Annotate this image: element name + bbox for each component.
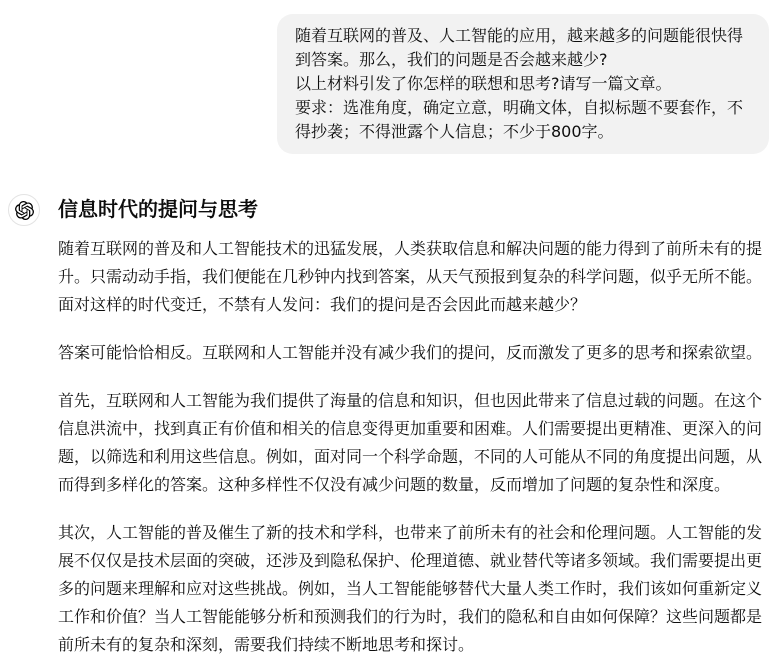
- assistant-message-row: 信息时代的提问与思考 随着互联网的普及和人工智能技术的迅猛发展，人类获取信息和解…: [0, 154, 774, 659]
- assistant-avatar: [8, 194, 40, 226]
- openai-logo-icon: [15, 201, 34, 220]
- assistant-message-content: 信息时代的提问与思考 随着互联网的普及和人工智能技术的迅猛发展，人类获取信息和解…: [58, 194, 768, 659]
- chat-conversation: 随着互联网的普及、人工智能的应用，越来越多的问题能很快得到答案。那么，我们的问题…: [0, 0, 774, 670]
- assistant-message-title: 信息时代的提问与思考: [58, 195, 768, 223]
- user-message-row: 随着互联网的普及、人工智能的应用，越来越多的问题能很快得到答案。那么，我们的问题…: [0, 0, 774, 154]
- assistant-paragraph: 随着互联网的普及和人工智能技术的迅猛发展，人类获取信息和解决问题的能力得到了前所…: [58, 235, 768, 319]
- assistant-paragraph: 首先，互联网和人工智能为我们提供了海量的信息和知识，但也因此带来了信息过载的问题…: [58, 387, 768, 499]
- assistant-paragraph: 其次，人工智能的普及催生了新的技术和学科，也带来了前所未有的社会和伦理问题。人工…: [58, 519, 768, 659]
- user-message-bubble: 随着互联网的普及、人工智能的应用，越来越多的问题能很快得到答案。那么，我们的问题…: [277, 14, 769, 154]
- assistant-paragraph: 答案可能恰恰相反。互联网和人工智能并没有减少我们的提问，反而激发了更多的思考和探…: [58, 339, 768, 367]
